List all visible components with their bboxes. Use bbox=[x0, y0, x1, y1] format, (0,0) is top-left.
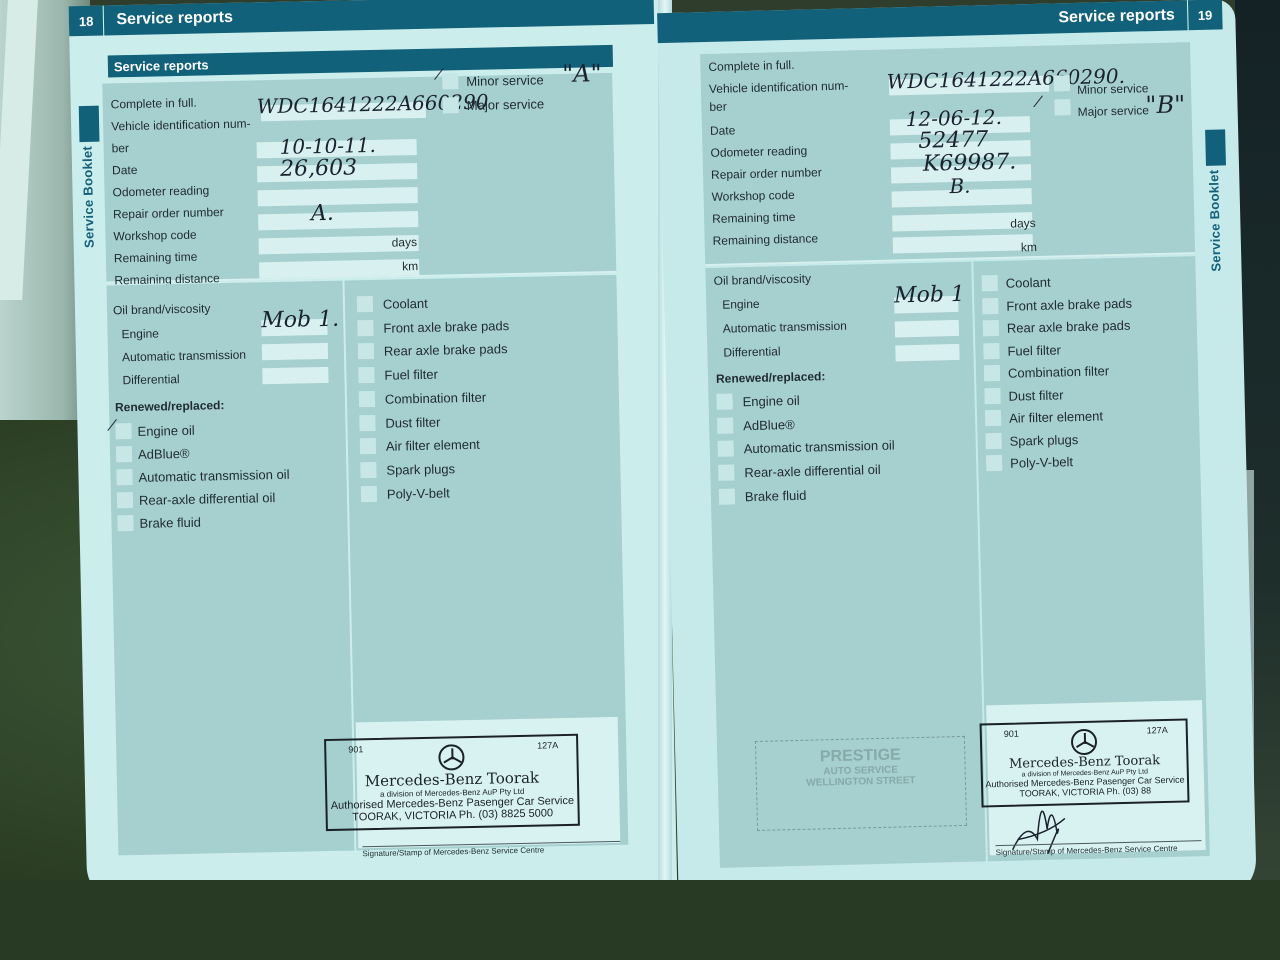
oil-differential-label: Differential bbox=[122, 372, 179, 387]
oil-auto-trans-label: Automatic transmission bbox=[122, 348, 246, 365]
side-tab-marker bbox=[1205, 129, 1226, 165]
repair-order-label: Repair order number bbox=[113, 205, 224, 221]
date-label: Date bbox=[710, 123, 736, 138]
checklist-item-label: Air filter element bbox=[386, 437, 480, 454]
side-tab-marker bbox=[79, 106, 100, 142]
odometer-value: 26,603 bbox=[280, 155, 357, 182]
checklist-item-label: Air filter element bbox=[1009, 408, 1103, 425]
remaining-time-label: Remaining time bbox=[114, 250, 198, 266]
oil-engine-value: Mob 1 bbox=[894, 282, 965, 309]
left-page: 18 Service reports Service reports Servi… bbox=[69, 0, 678, 906]
checklist-item-label: Fuel filter bbox=[1007, 342, 1061, 358]
right-page-header: Service reports 19 bbox=[657, 0, 1223, 43]
checkbox[interactable] bbox=[115, 423, 131, 439]
checkmark-icon: ⁄ bbox=[111, 417, 114, 435]
checklist-item-label: Combination filter bbox=[385, 389, 486, 406]
checklist-item-label: Brake fluid bbox=[139, 515, 201, 531]
checklist-item-label: Coolant bbox=[383, 296, 428, 312]
checkbox[interactable] bbox=[360, 438, 376, 454]
major-service-checkbox[interactable] bbox=[1054, 99, 1070, 115]
vin-label-cont: ber bbox=[111, 141, 129, 155]
left-page-header: 18 Service reports bbox=[69, 0, 654, 36]
checklist-item-label: Rear axle brake pads bbox=[1007, 318, 1131, 336]
stamp-code-right: 127A bbox=[537, 740, 558, 750]
right-page: Service reports 19 Service Booklet Compl… bbox=[657, 0, 1257, 913]
odometer-label: Odometer reading bbox=[710, 144, 807, 160]
minor-service-label: Minor service bbox=[466, 72, 544, 89]
oil-differential-field[interactable] bbox=[262, 367, 328, 384]
page-number: 18 bbox=[69, 6, 105, 37]
date-label: Date bbox=[112, 163, 138, 178]
checkbox[interactable] bbox=[982, 297, 998, 313]
remaining-distance-field[interactable] bbox=[259, 259, 419, 278]
repair-order-field[interactable] bbox=[258, 187, 418, 206]
checklist-item-label: Spark plugs bbox=[386, 461, 455, 477]
oil-engine-label: Engine bbox=[722, 297, 760, 312]
checklist-item-label: Rear axle brake pads bbox=[384, 342, 508, 360]
checkbox[interactable] bbox=[359, 414, 375, 430]
checkbox[interactable] bbox=[985, 432, 1001, 448]
checkbox[interactable] bbox=[357, 296, 373, 312]
service-type-note: "A" bbox=[562, 59, 602, 88]
page-number: 19 bbox=[1186, 0, 1222, 30]
checkbox[interactable] bbox=[986, 455, 1002, 471]
background-leather-bottom bbox=[0, 880, 1280, 960]
checkbox[interactable] bbox=[983, 320, 999, 336]
checkbox[interactable] bbox=[360, 462, 376, 478]
complete-in-full-label: Complete in full. bbox=[708, 58, 794, 74]
vin-label-cont: ber bbox=[709, 100, 727, 114]
checkbox[interactable] bbox=[719, 488, 735, 504]
header-title: Service reports bbox=[1046, 6, 1187, 27]
checkbox[interactable] bbox=[358, 367, 374, 383]
stamp-code-right: 127A bbox=[1147, 725, 1168, 736]
checkbox[interactable] bbox=[357, 320, 373, 336]
checklist-item-label: AdBlue® bbox=[138, 446, 190, 462]
checklist-item-label: Coolant bbox=[1006, 275, 1051, 291]
checkbox[interactable] bbox=[716, 393, 732, 409]
side-label: Service Booklet bbox=[80, 146, 97, 248]
oil-differential-field[interactable] bbox=[895, 344, 959, 362]
oil-heading: Oil brand/viscosity bbox=[713, 272, 811, 288]
service-type-note: "B" bbox=[1145, 90, 1185, 119]
checkbox[interactable] bbox=[984, 387, 1000, 403]
checkmark-icon: ⁄ bbox=[438, 66, 441, 84]
oil-engine-label: Engine bbox=[121, 326, 159, 341]
checkbox[interactable] bbox=[985, 410, 1001, 426]
days-unit: days bbox=[392, 235, 418, 250]
oil-auto-trans-field[interactable] bbox=[895, 320, 959, 338]
workshop-code-field[interactable] bbox=[258, 211, 418, 230]
major-service-label: Major service bbox=[467, 96, 545, 113]
checkbox[interactable] bbox=[116, 469, 132, 485]
checklist-item-label: AdBlue® bbox=[743, 417, 795, 433]
stamp-code-left: 901 bbox=[1004, 729, 1019, 739]
header-title: Service reports bbox=[104, 9, 245, 30]
side-label: Service Booklet bbox=[1206, 169, 1223, 271]
checkbox[interactable] bbox=[117, 492, 133, 508]
checklist-item-label: Dust filter bbox=[1008, 387, 1063, 403]
checkbox[interactable] bbox=[984, 365, 1000, 381]
remaining-distance-field[interactable] bbox=[893, 234, 1033, 253]
km-unit: km bbox=[1021, 240, 1037, 254]
mercedes-star-icon bbox=[1071, 729, 1098, 756]
checkbox[interactable] bbox=[717, 417, 733, 433]
checklist-item-label: Automatic transmission oil bbox=[138, 467, 289, 485]
oil-heading: Oil brand/viscosity bbox=[113, 301, 211, 317]
stamp-code-left: 901 bbox=[348, 744, 363, 754]
minor-service-checkbox[interactable] bbox=[1054, 75, 1070, 91]
dealer-stamp: 901 127A Mercedes-Benz Toorak a division… bbox=[324, 734, 580, 831]
checklist-item-label: Dust filter bbox=[385, 414, 440, 430]
km-unit: km bbox=[402, 259, 418, 273]
checklist-item-label: Poly-V-belt bbox=[387, 485, 450, 501]
checkmark-icon: ⁄ bbox=[1037, 94, 1040, 112]
mercedes-star-icon bbox=[438, 744, 465, 771]
odometer-label: Odometer reading bbox=[112, 183, 209, 199]
workshop-code-label: Workshop code bbox=[113, 228, 196, 244]
oil-differential-label: Differential bbox=[723, 344, 780, 359]
checkbox[interactable] bbox=[982, 275, 998, 291]
checkbox[interactable] bbox=[117, 515, 133, 531]
checklist-item-label: Engine oil bbox=[137, 423, 194, 439]
checklist-item-label: Front axle brake pads bbox=[1006, 295, 1132, 313]
vin-label: Vehicle identification num- bbox=[111, 116, 251, 133]
checkbox[interactable] bbox=[116, 446, 132, 462]
checklist-item-label: Rear-axle differential oil bbox=[139, 490, 276, 508]
faded-workshop-stamp: PRESTIGE AUTO SERVICE WELLINGTON STREET bbox=[755, 736, 967, 831]
remaining-distance-label: Remaining distance bbox=[713, 231, 819, 248]
workshop-code-value: B. bbox=[949, 174, 971, 199]
minor-service-label: Minor service bbox=[1077, 81, 1149, 97]
checkbox[interactable] bbox=[361, 486, 377, 502]
checkbox[interactable] bbox=[718, 465, 734, 481]
checklist-item-label: Combination filter bbox=[1008, 363, 1109, 380]
complete-in-full-label: Complete in full. bbox=[111, 96, 197, 112]
repair-order-label: Repair order number bbox=[711, 165, 822, 182]
checkbox[interactable] bbox=[358, 343, 374, 359]
renewed-heading: Renewed/replaced: bbox=[115, 398, 225, 414]
checklist-item-label: Front axle brake pads bbox=[383, 318, 509, 336]
major-service-label: Major service bbox=[1077, 103, 1149, 119]
oil-auto-trans-field[interactable] bbox=[262, 343, 328, 360]
workshop-code-value: A. bbox=[311, 201, 334, 226]
remaining-time-label: Remaining time bbox=[712, 210, 796, 226]
renewed-heading: Renewed/replaced: bbox=[716, 369, 826, 386]
minor-service-checkbox[interactable] bbox=[442, 73, 458, 89]
days-unit: days bbox=[1010, 216, 1036, 231]
checklist-item-label: Poly-V-belt bbox=[1010, 454, 1073, 471]
checklist-item-label: Spark plugs bbox=[1009, 432, 1078, 449]
checklist-item-label: Engine oil bbox=[742, 393, 799, 409]
checkbox[interactable] bbox=[718, 441, 734, 457]
oil-engine-value: Mob 1. bbox=[261, 307, 339, 334]
workshop-code-label: Workshop code bbox=[711, 188, 794, 204]
major-service-checkbox[interactable] bbox=[443, 97, 459, 113]
checklist-item-label: Brake fluid bbox=[745, 487, 807, 503]
checklist-item-label: Fuel filter bbox=[384, 367, 438, 383]
checkbox[interactable] bbox=[359, 391, 375, 407]
checkbox[interactable] bbox=[983, 342, 999, 358]
